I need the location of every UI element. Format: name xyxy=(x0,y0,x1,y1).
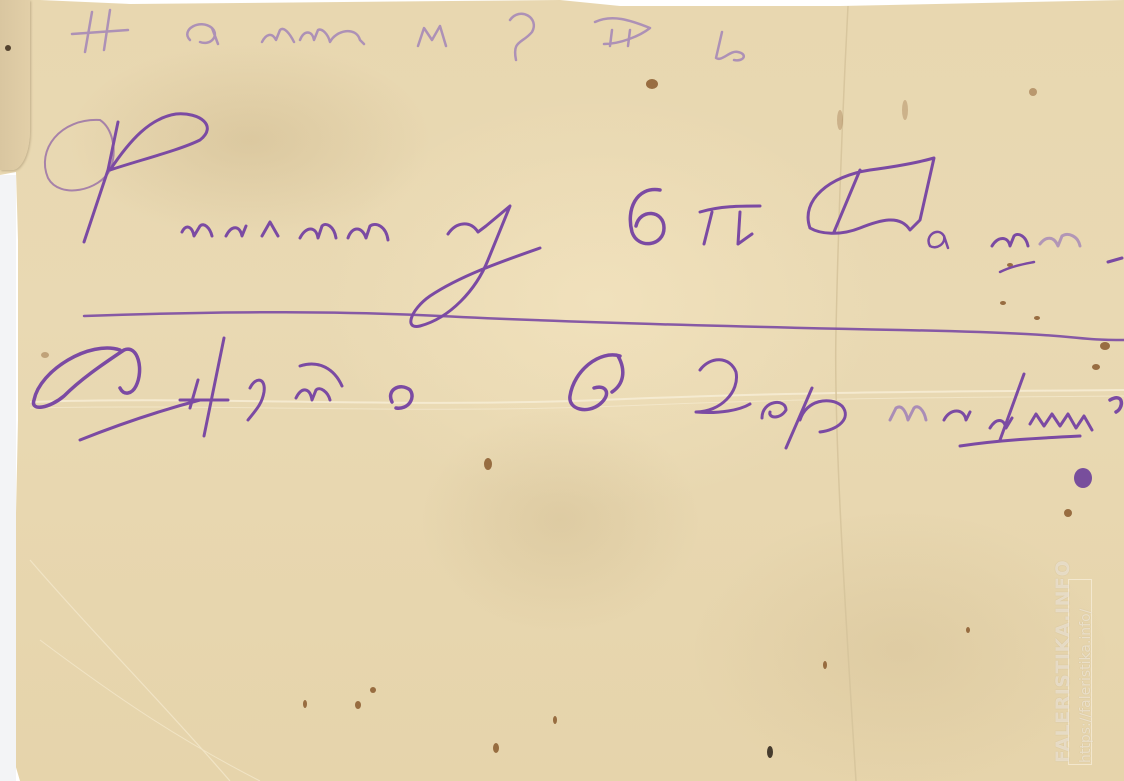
photo-card-back xyxy=(0,0,1124,781)
watermark-brand: FALERISTIKA.INFO xyxy=(1052,560,1074,763)
watermark-url: https://faleristika.info/ xyxy=(1078,609,1094,763)
scan-background-edge xyxy=(0,175,16,781)
watermark: FALERISTIKA.INFO https://faleristika.inf… xyxy=(1040,575,1100,765)
horizontal-crease xyxy=(30,400,1124,406)
torn-corner-flap xyxy=(0,0,30,170)
